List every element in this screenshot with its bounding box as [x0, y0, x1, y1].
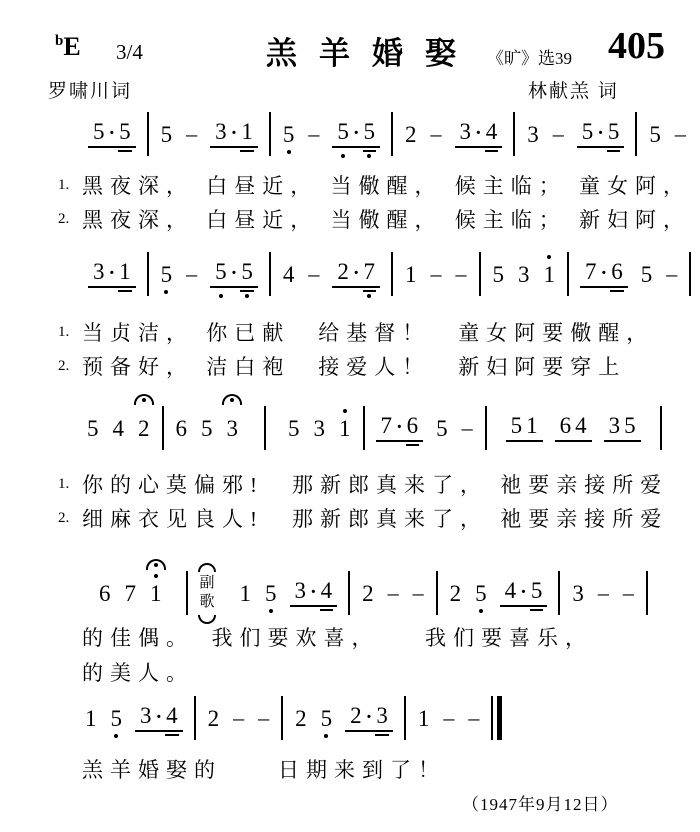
fermata-icon: [222, 394, 242, 405]
note-digit: 7: [585, 260, 597, 283]
duration-dash: –: [388, 582, 399, 604]
note-digit: 5: [265, 582, 277, 605]
beamed-note-group: 4·5: [500, 579, 548, 607]
thick-bar: [497, 696, 502, 740]
key-signature: bE: [55, 32, 81, 62]
note-value: 3: [215, 120, 227, 143]
barline: [269, 252, 271, 296]
music-line-1: 5·55–3·15–5·52–3·43–5·55–: [82, 110, 693, 158]
barline: [391, 112, 393, 156]
barline: [660, 406, 662, 450]
note-value: 5: [624, 414, 636, 437]
note-digit: 5: [436, 417, 448, 440]
beamed-note-group: 3·4: [135, 704, 183, 732]
dot-separator: ·: [231, 123, 238, 143]
note-digit: 1: [405, 263, 417, 286]
note-digit: 3: [460, 120, 472, 143]
note-digit: 5: [201, 417, 213, 440]
lyric-row-1-verse2: 2.黑夜深， 白昼近， 当儆醒， 候主临； 新妇阿，: [58, 204, 691, 234]
note-digit: 5: [111, 707, 123, 730]
note-digit: 3: [314, 417, 326, 440]
low-octave-dot: [367, 294, 371, 298]
spacer: [271, 428, 281, 429]
lyric-text: 黑夜深， 白昼近， 当儆醒， 候主临； 童女阿，: [82, 174, 691, 198]
credit-left: 罗啸川词: [48, 76, 132, 103]
note-value: 3: [227, 417, 239, 440]
beamed-note-group: 3·1: [88, 260, 136, 288]
note-value: 6: [176, 417, 188, 440]
music-line-2: 3·15–5·54–2·71––5317·65–: [82, 250, 696, 298]
note-digit: 5: [337, 120, 349, 143]
note-digit: 6: [176, 417, 188, 440]
note-digit: 1: [339, 417, 351, 440]
note-digit: 4: [505, 579, 517, 602]
note-digit: 6: [611, 260, 623, 283]
music-line-4: 671153·42––254·53––: [92, 569, 653, 617]
lyric-row-4a: 的佳偶。 我们要欢喜， 我们要喜乐，: [58, 622, 593, 652]
note-digit: 3: [609, 414, 621, 437]
barline: [147, 112, 149, 156]
note-digit: 5: [119, 120, 131, 143]
note-value: 2: [138, 417, 150, 440]
note-value: 1: [241, 120, 253, 143]
chorus-label: 副 歌: [194, 563, 220, 624]
credit-right: 林献羔 词: [528, 76, 619, 103]
note-value: 5: [511, 414, 523, 437]
lyric-text: 你的心莫偏邪! 那新郎真来了， 祂要亲接所爱: [82, 473, 668, 497]
barline: [269, 112, 271, 156]
beamed-note-group: 5·5: [210, 260, 258, 288]
barline: [436, 571, 438, 615]
dot-separator: ·: [601, 263, 608, 283]
beamed-note-group: 7·6: [580, 260, 628, 288]
beamed-note-group: 3·4: [455, 120, 503, 148]
note-value: 1: [85, 707, 97, 730]
low-octave-dot: [114, 734, 118, 738]
barline: [162, 406, 164, 450]
note-digit: 2: [208, 707, 220, 730]
beamed-note-group: 5·5: [577, 120, 625, 148]
duration-dash: –: [598, 582, 609, 604]
note-digit: 2: [405, 123, 417, 146]
note-digit: 5: [161, 123, 173, 146]
hymn-sheet: bE 3/4 羔羊婚娶 《旷》选39 405 罗啸川词 林献羔 词 5·55–3…: [0, 0, 700, 832]
high-octave-dot: [154, 574, 158, 578]
dot-separator: ·: [109, 263, 116, 283]
final-barline: [491, 696, 502, 740]
note-value: 2: [208, 707, 220, 730]
hymn-title: 羔羊婚娶: [266, 28, 478, 73]
fermata-icon: [134, 394, 154, 405]
note-value: 6: [611, 260, 623, 283]
low-octave-dot: [245, 294, 249, 298]
lyric-text: 预备好， 洁白袍 接爱人！ 新妇阿要穿上: [82, 355, 626, 379]
barline: [281, 696, 283, 740]
note-digit: 4: [486, 120, 498, 143]
note-digit: 3: [518, 263, 530, 286]
lyric-text: 的佳偶。 我们要欢喜， 我们要喜乐，: [82, 626, 593, 650]
spacer: [647, 428, 655, 429]
note-value: 4: [505, 579, 517, 602]
note-value: 5: [119, 120, 131, 143]
note-value: 1: [405, 263, 417, 286]
dot-separator: ·: [597, 123, 604, 143]
note-value: 5: [201, 417, 213, 440]
barline: [264, 406, 266, 450]
composition-date: （1947年9月12日）: [462, 790, 619, 815]
note-value: 5: [283, 123, 295, 146]
lyric-text: 的美人。: [82, 661, 194, 685]
note-digit: 1: [241, 120, 253, 143]
note-digit: 3: [376, 704, 388, 727]
key-letter: E: [63, 32, 80, 61]
bracket-bottom-icon: [198, 615, 216, 624]
duration-dash: –: [431, 263, 442, 285]
note-value: 3: [572, 582, 584, 605]
note-digit: 3: [93, 260, 105, 283]
duration-dash: –: [675, 123, 686, 145]
barline: [194, 696, 196, 740]
note-digit: 5: [511, 414, 523, 437]
note-digit: 3: [295, 579, 307, 602]
note-digit: 5: [215, 260, 227, 283]
chorus-char-1: 副: [194, 574, 220, 593]
low-octave-dot: [164, 290, 168, 294]
barline: [513, 112, 515, 156]
verse-number: 2.: [58, 510, 82, 527]
spacer: [492, 428, 500, 429]
note-digit: 5: [624, 414, 636, 437]
note-digit: 2: [450, 582, 462, 605]
note-digit: 5: [241, 260, 253, 283]
barline: [147, 252, 149, 296]
note-value: 3: [518, 263, 530, 286]
note-digit: 1: [119, 260, 131, 283]
note-value: 5: [241, 260, 253, 283]
bracket-top-icon: [198, 563, 216, 572]
note-value: 5: [215, 260, 227, 283]
note-digit: 5: [93, 120, 105, 143]
barline: [646, 571, 648, 615]
note-digit: 2: [362, 582, 374, 605]
low-octave-dot: [269, 609, 273, 613]
duration-dash: –: [258, 707, 269, 729]
dot-separator: ·: [353, 123, 360, 143]
duration-dash: –: [186, 123, 197, 145]
note-value: 5: [475, 582, 487, 605]
note-digit: 3: [227, 417, 239, 440]
barline: [567, 252, 569, 296]
note-digit: 4: [113, 417, 125, 440]
note-value: 7: [125, 582, 137, 605]
dot-separator: ·: [353, 263, 360, 283]
note-value: 5: [161, 263, 173, 286]
low-octave-dot: [341, 154, 345, 158]
note-digit: 5: [641, 263, 653, 286]
beamed-note-group: 2·3: [345, 704, 393, 732]
note-digit: 3: [140, 704, 152, 727]
note-digit: 1: [526, 414, 538, 437]
note-value: 7: [585, 260, 597, 283]
beamed-note-group: 64: [555, 414, 592, 442]
lyric-text: 当贞洁， 你已献 给基督！ 童女阿要儆醒，: [82, 321, 654, 345]
dot-separator: ·: [366, 707, 373, 727]
barline: [485, 406, 487, 450]
note-value: 4: [113, 417, 125, 440]
note-digit: 1: [418, 707, 430, 730]
note-digit: 5: [288, 417, 300, 440]
note-value: 5: [111, 707, 123, 730]
note-value: 4: [575, 414, 587, 437]
barline: [186, 571, 188, 615]
low-octave-dot: [287, 150, 291, 154]
note-digit: 2: [138, 417, 150, 440]
beamed-note-group: 51: [506, 414, 543, 442]
dot-separator: ·: [231, 263, 238, 283]
spacer: [169, 593, 181, 594]
verse-number: 1.: [58, 324, 82, 341]
low-octave-dot: [219, 294, 223, 298]
note-value: 1: [240, 582, 252, 605]
lyric-row-4b: 的美人。: [58, 657, 194, 687]
note-value: 3: [609, 414, 621, 437]
note-value: 5: [531, 579, 543, 602]
duration-dash: –: [623, 582, 634, 604]
note-value: 1: [526, 414, 538, 437]
high-octave-dot: [547, 255, 551, 259]
note-digit: 7: [125, 582, 137, 605]
note-value: 7: [381, 414, 393, 437]
beamed-note-group: 35: [604, 414, 641, 442]
note-digit: 5: [87, 417, 99, 440]
note-value: 7: [364, 260, 376, 283]
duration-dash: –: [308, 123, 319, 145]
barline: [635, 112, 637, 156]
note-value: 4: [283, 263, 295, 286]
verse-number: 1.: [58, 476, 82, 493]
note-value: 3: [314, 417, 326, 440]
note-value: 6: [560, 414, 572, 437]
duration-dash: –: [456, 263, 467, 285]
barline: [479, 252, 481, 296]
note-digit: 4: [166, 704, 178, 727]
note-value: 5: [649, 123, 661, 146]
note-value: 5: [87, 417, 99, 440]
beamed-note-group: 3·4: [290, 579, 338, 607]
duration-dash: –: [308, 263, 319, 285]
low-octave-dot: [324, 734, 328, 738]
note-value: 1: [544, 263, 556, 286]
note-value: 5: [582, 120, 594, 143]
note-value: 1: [119, 260, 131, 283]
note-digit: 6: [407, 414, 419, 437]
low-octave-dot: [479, 609, 483, 613]
duration-dash: –: [233, 707, 244, 729]
barline: [404, 696, 406, 740]
duration-dash: –: [462, 417, 473, 439]
note-digit: 1: [85, 707, 97, 730]
note-digit: 6: [99, 582, 111, 605]
dot-separator: ·: [520, 582, 527, 602]
barline: [348, 571, 350, 615]
note-digit: 7: [381, 414, 393, 437]
high-octave-dot: [343, 409, 347, 413]
note-value: 4: [486, 120, 498, 143]
lyric-row-1-verse1: 1.黑夜深， 白昼近， 当儆醒， 候主临； 童女阿，: [58, 170, 691, 200]
music-line-3: 5426535317·65–516435: [80, 404, 667, 452]
note-digit: 4: [283, 263, 295, 286]
note-value: 5: [337, 120, 349, 143]
barline: [391, 252, 393, 296]
note-digit: 5: [608, 120, 620, 143]
time-signature: 3/4: [116, 40, 143, 65]
spacer: [245, 428, 259, 429]
dot-separator: ·: [156, 707, 163, 727]
note-digit: 5: [475, 582, 487, 605]
note-digit: 5: [493, 263, 505, 286]
note-digit: 2: [337, 260, 349, 283]
note-value: 2: [405, 123, 417, 146]
note-value: 3: [527, 123, 539, 146]
hymn-number: 405: [608, 24, 665, 68]
note-value: 5: [288, 417, 300, 440]
duration-dash: –: [666, 263, 677, 285]
note-value: 3: [140, 704, 152, 727]
note-value: 1: [339, 417, 351, 440]
note-value: 1: [150, 582, 162, 605]
note-digit: 6: [560, 414, 572, 437]
note-value: 5: [364, 120, 376, 143]
duration-dash: –: [468, 707, 479, 729]
verse-number: 2.: [58, 358, 82, 375]
note-value: 4: [321, 579, 333, 602]
beamed-note-group: 3·1: [210, 120, 258, 148]
note-digit: 5: [649, 123, 661, 146]
beamed-note-group: 7·6: [376, 414, 424, 442]
note-value: 2: [450, 582, 462, 605]
dot-separator: ·: [396, 417, 403, 437]
note-digit: 1: [240, 582, 252, 605]
lyric-row-2-verse1: 1.当贞洁， 你已献 给基督！ 童女阿要儆醒，: [58, 317, 654, 347]
lyric-row-5: 羔羊婚娶的 日期来到了！: [58, 754, 446, 784]
duration-dash: –: [443, 707, 454, 729]
note-value: 3: [93, 260, 105, 283]
note-digit: 3: [527, 123, 539, 146]
verse-number: 2.: [58, 211, 82, 228]
note-digit: 1: [150, 582, 162, 605]
note-value: 6: [99, 582, 111, 605]
note-value: 5: [321, 707, 333, 730]
note-digit: 3: [215, 120, 227, 143]
note-digit: 5: [582, 120, 594, 143]
barline: [689, 252, 691, 296]
note-digit: 5: [531, 579, 543, 602]
note-value: 2: [350, 704, 362, 727]
note-digit: 5: [283, 123, 295, 146]
lyric-text: 细麻衣见良人! 那新郎真来了， 祂要亲接所爱: [82, 507, 668, 531]
note-value: 2: [337, 260, 349, 283]
note-value: 5: [641, 263, 653, 286]
note-value: 1: [418, 707, 430, 730]
note-value: 4: [166, 704, 178, 727]
lyric-text: 黑夜深， 白昼近， 当儆醒， 候主临； 新妇阿，: [82, 208, 691, 232]
low-octave-dot: [367, 154, 371, 158]
lyric-text: 羔羊婚娶的 日期来到了！: [82, 758, 446, 782]
note-digit: 5: [161, 263, 173, 286]
duration-dash: –: [186, 263, 197, 285]
note-digit: 2: [350, 704, 362, 727]
fermata-icon: [146, 559, 166, 570]
note-value: 3: [376, 704, 388, 727]
note-value: 5: [608, 120, 620, 143]
note-value: 2: [295, 707, 307, 730]
verse-number: 1.: [58, 177, 82, 194]
lyric-row-3-verse2: 2.细麻衣见良人! 那新郎真来了， 祂要亲接所爱: [58, 503, 668, 533]
note-value: 6: [407, 414, 419, 437]
lyric-row-3-verse1: 1.你的心莫偏邪! 那新郎真来了， 祂要亲接所爱: [58, 469, 668, 499]
note-digit: 4: [321, 579, 333, 602]
note-digit: 5: [364, 120, 376, 143]
duration-dash: –: [413, 582, 424, 604]
beamed-note-group: 5·5: [332, 120, 380, 148]
lyric-row-2-verse2: 2.预备好， 洁白袍 接爱人！ 新妇阿要穿上: [58, 351, 626, 381]
note-digit: 3: [572, 582, 584, 605]
duration-dash: –: [431, 123, 442, 145]
note-value: 5: [436, 417, 448, 440]
note-value: 5: [265, 582, 277, 605]
note-value: 5: [161, 123, 173, 146]
note-value: 5: [493, 263, 505, 286]
note-value: 5: [93, 120, 105, 143]
note-digit: 1: [544, 263, 556, 286]
note-value: 3: [295, 579, 307, 602]
dot-separator: ·: [310, 582, 317, 602]
dot-separator: ·: [109, 123, 116, 143]
beamed-note-group: 5·5: [88, 120, 136, 148]
note-digit: 2: [295, 707, 307, 730]
note-digit: 4: [575, 414, 587, 437]
barline: [363, 406, 365, 450]
note-value: 2: [362, 582, 374, 605]
source-reference: 《旷》选39: [487, 44, 572, 69]
note-value: 3: [460, 120, 472, 143]
note-digit: 7: [364, 260, 376, 283]
beamed-note-group: 2·7: [332, 260, 380, 288]
dot-separator: ·: [475, 123, 482, 143]
duration-dash: –: [553, 123, 564, 145]
note-digit: 5: [321, 707, 333, 730]
music-line-5: 153·42––252·31––: [78, 694, 507, 742]
thin-bar: [491, 696, 493, 740]
chorus-char-2: 歌: [194, 593, 220, 612]
barline: [558, 571, 560, 615]
